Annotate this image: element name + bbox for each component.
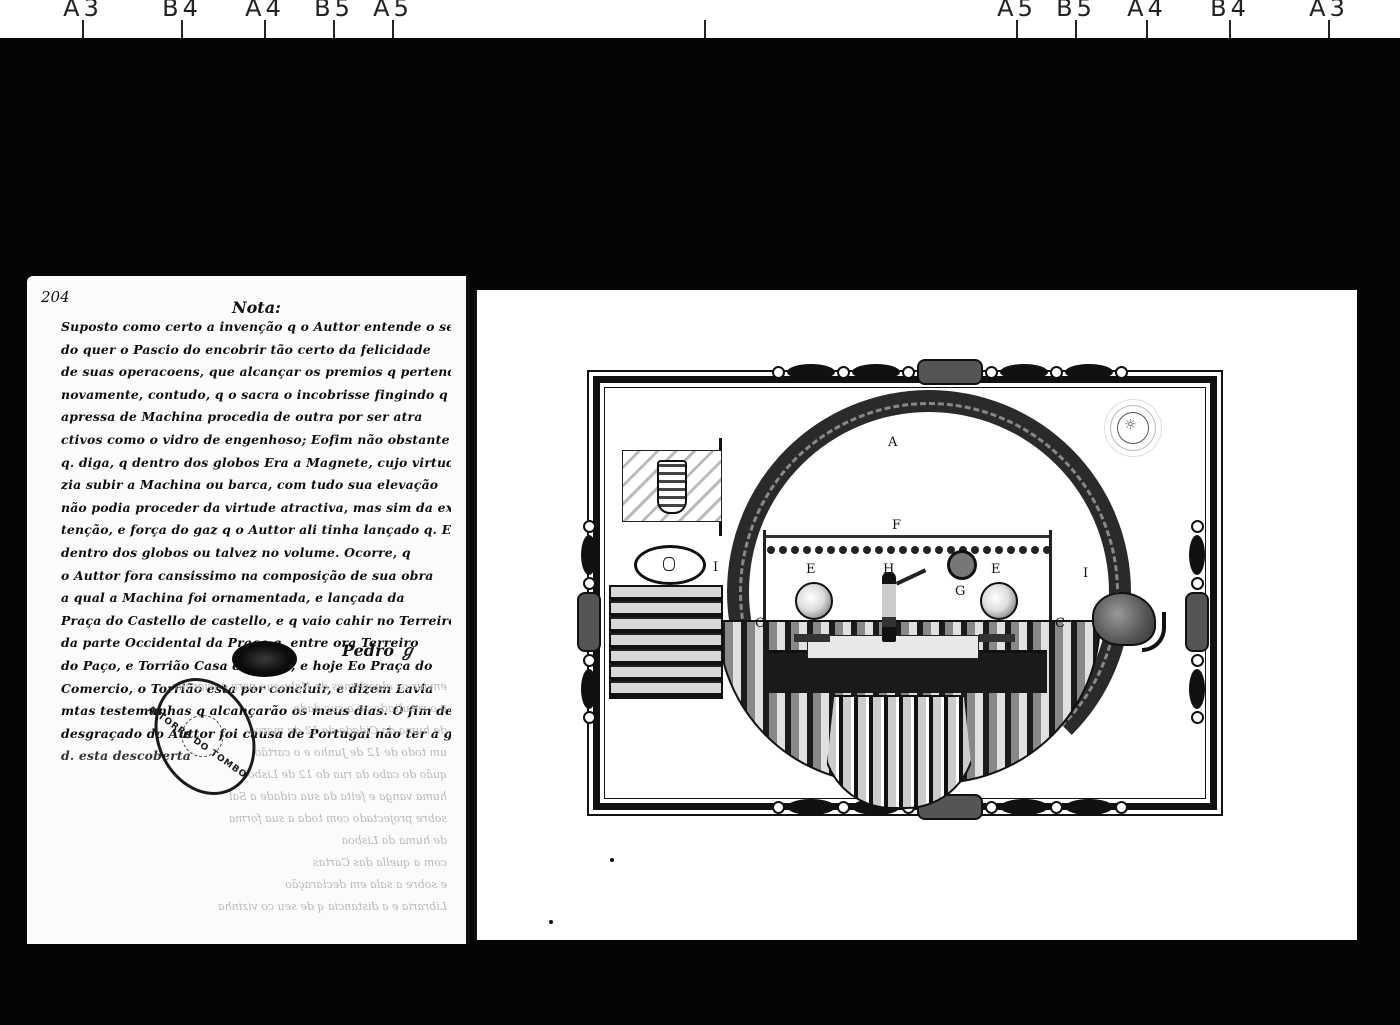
frame-ornament-right	[1186, 520, 1208, 724]
coat-of-arms-icon	[657, 460, 687, 514]
scale-label-a5-right: A5	[997, 0, 1037, 22]
label-c-left: C	[755, 616, 765, 631]
ghost-line: quão do cabo da rua do 12 de Lisboa	[67, 764, 447, 786]
ghost-line: de huma da Cidade de 12 de marco	[67, 720, 447, 742]
ghost-line: huma vanga e feita da sua cidade a Sal	[67, 786, 447, 808]
library-stamp	[634, 545, 706, 585]
note-title: Nota:	[232, 298, 281, 317]
scale-label-b5-right: B5	[1056, 0, 1096, 22]
scale-bar: A3 B4 A4 B5 A5 A5 B5 A4 B4 A3	[0, 0, 1400, 40]
frame-ornament-left	[578, 520, 600, 724]
label-e-left: E	[806, 562, 816, 577]
scale-tick	[1016, 20, 1018, 38]
frame-ornament-bottom	[772, 795, 1128, 819]
label-i-right: I	[1083, 566, 1088, 581]
scale-tick	[181, 20, 183, 38]
label-e-right: E	[991, 562, 1001, 577]
label-h: H	[883, 562, 894, 577]
manuscript-line: novamente, contudo, q o sacra o incobris…	[61, 384, 451, 407]
manuscript-line: não podia proceder da virtude atractiva,…	[61, 497, 451, 520]
scale-tick	[82, 20, 84, 38]
manuscript-line: o Auttor fora cansissimo na composição d…	[61, 565, 451, 588]
folded-sails	[609, 585, 723, 699]
scale-tick	[1075, 20, 1077, 38]
label-g: G	[955, 584, 965, 599]
scale-label-a4-right: A4	[1127, 0, 1167, 22]
label-a: A	[888, 435, 897, 450]
ghost-line: enviar os algarismos do Nabuquo para env…	[67, 676, 447, 698]
lodestone-g	[947, 550, 977, 580]
ghost-line: um todo de 12 de Junho e o cartão	[67, 742, 447, 764]
wax-seal	[232, 641, 297, 677]
frame-ornament-top	[772, 360, 1128, 384]
scale-label-a3-left: A3	[63, 0, 103, 22]
scale-label-a3-right: A3	[1309, 0, 1349, 22]
manuscript-line: apressa de Machina procedia de outra por…	[61, 406, 451, 429]
label-f: F	[892, 518, 901, 533]
ghost-line: e sobre a sala em declaração	[67, 874, 447, 896]
manuscript-line: Praça do Castello de castello, e q vaio …	[61, 610, 451, 633]
globe-left	[795, 582, 833, 620]
signature: Pedro ℊ	[342, 638, 416, 661]
scale-label-b5-left: B5	[314, 0, 354, 22]
manuscript-line: zia subir a Machina ou barca, com tudo s…	[61, 474, 451, 497]
sun-icon: ☼	[1117, 412, 1149, 444]
manuscript-line: a qual a Machina foi ornamentada, e lanç…	[61, 587, 451, 610]
hanging-balls	[767, 546, 1051, 554]
ghost-line: sobre projectado com toda a sua forma	[67, 808, 447, 830]
aviator-figure	[882, 572, 896, 642]
ghost-line: Libraria e a distancia q de seu co vizin…	[67, 896, 447, 918]
bleed-through-text: enviar os algarismos do Nabuquo para env…	[67, 676, 447, 918]
scale-tick	[1146, 20, 1148, 38]
label-i-left: I	[713, 560, 718, 575]
manuscript-line: do quer o Pascio do encobrir tão certo d…	[61, 339, 451, 362]
manuscript-line: tenção, e força do gaz q o Auttor ali ti…	[61, 519, 451, 542]
ghost-line: com a quella das Cartas	[67, 852, 447, 874]
scale-label-a4-left: A4	[245, 0, 285, 22]
scale-tick	[392, 20, 394, 38]
scale-label-b4-right: B4	[1210, 0, 1250, 22]
manuscript-line: Suposto como certo a invenção q o Auttor…	[61, 316, 451, 339]
manuscript-line: ctivos como o vidro de engenhoso; Eofim …	[61, 429, 451, 452]
folio-number: 204	[41, 288, 70, 306]
manuscript-line: de suas operacoens, que alcançar os prem…	[61, 361, 451, 384]
scale-label-a5-left: A5	[373, 0, 413, 22]
scale-label-b4-left: B4	[162, 0, 202, 22]
rail-f	[764, 535, 1051, 538]
engraving-page: A F E E H G I I C C ☼	[474, 290, 1357, 940]
manuscript-line: q. diga, q dentro dos globos Era a Magne…	[61, 452, 451, 475]
ghost-line: de huma da Lisboa	[67, 830, 447, 852]
scale-tick	[1328, 20, 1330, 38]
scale-tick	[1229, 20, 1231, 38]
globe-right	[980, 582, 1018, 620]
ghost-line: e o resultado . e a sua dado	[67, 698, 447, 720]
scale-tick	[333, 20, 335, 38]
manuscript-line: dentro dos globos ou talvez no volume. O…	[61, 542, 451, 565]
scale-center-tick	[704, 20, 706, 38]
scale-tick	[264, 20, 266, 38]
label-c-right: C	[1055, 616, 1065, 631]
manuscript-page: 204 Nota: Suposto como certo a invenção …	[27, 276, 470, 944]
